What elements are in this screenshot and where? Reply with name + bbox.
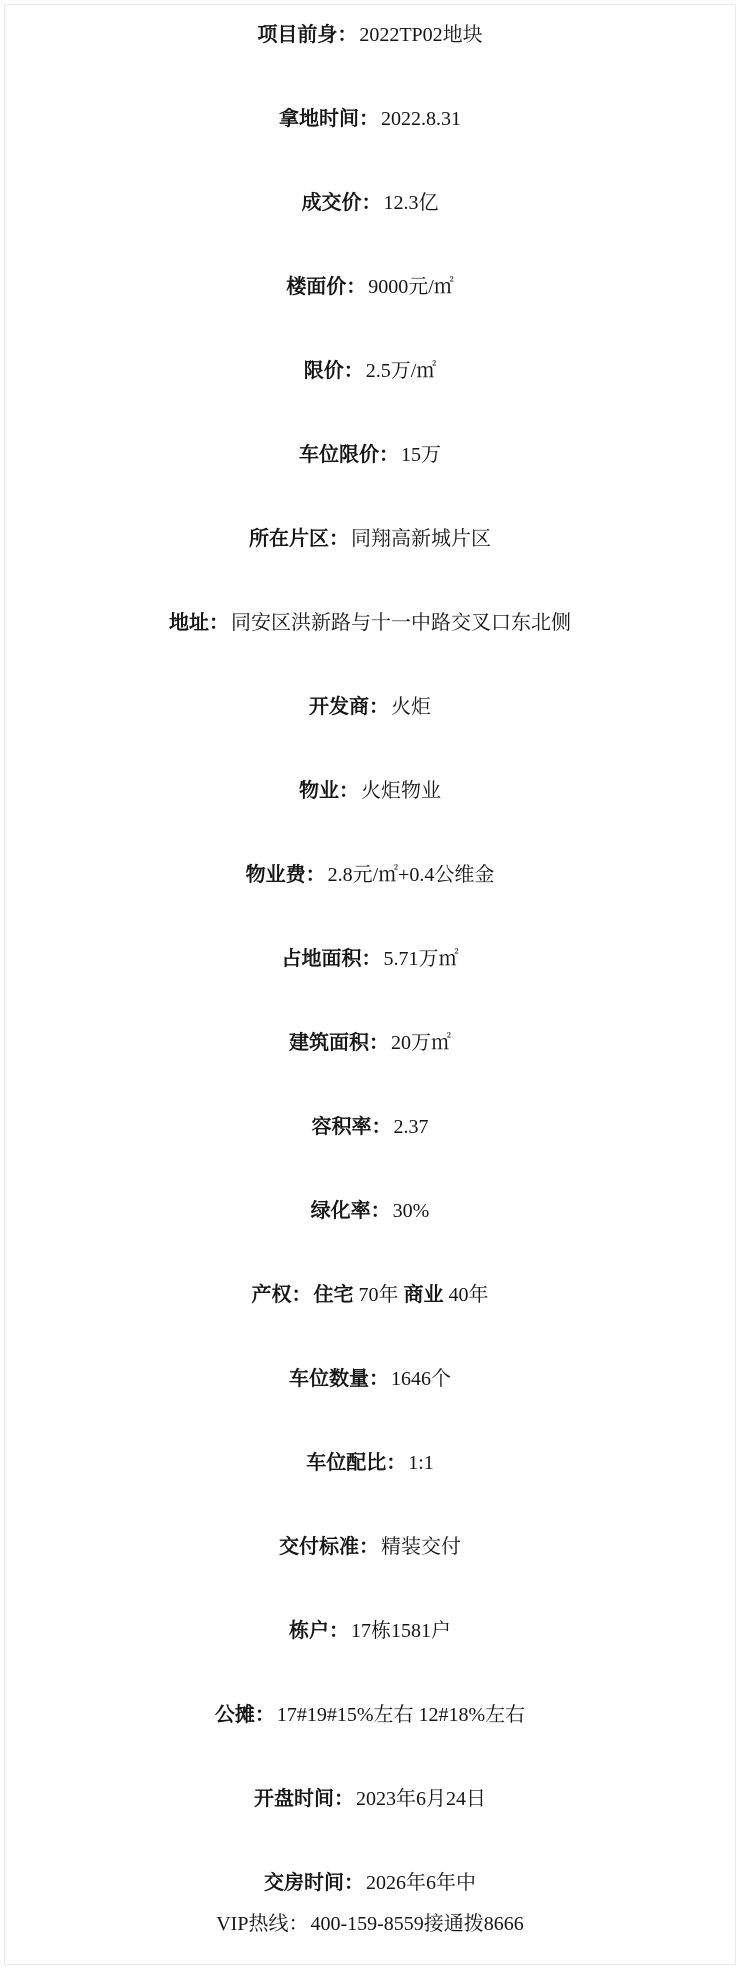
info-row: 限价：2.5万/㎡ bbox=[304, 357, 437, 385]
row-value: 9000元/㎡ bbox=[368, 276, 454, 298]
info-row: 拿地时间：2022.8.31 bbox=[279, 105, 461, 133]
row-value: 2023年6月24日 bbox=[356, 1788, 486, 1810]
row-value: 精装交付 bbox=[381, 1536, 461, 1558]
row-value: 15万 bbox=[401, 444, 441, 466]
value-emphasis: 商业 bbox=[404, 1284, 444, 1306]
info-row: 占地面积：5.71万㎡ bbox=[282, 945, 459, 973]
row-label: 物业费： bbox=[246, 864, 326, 886]
row-label: 地址： bbox=[169, 612, 229, 634]
row-label: 容积率： bbox=[312, 1116, 392, 1138]
row-label: 限价： bbox=[304, 360, 364, 382]
row-label: 楼面价： bbox=[286, 276, 366, 298]
row-value: 2026年6年中 bbox=[366, 1872, 476, 1894]
value-text: 40年 bbox=[444, 1284, 489, 1306]
info-row: 车位限价：15万 bbox=[299, 441, 441, 469]
info-row: 地址：同安区洪新路与十一中路交叉口东北侧 bbox=[169, 609, 571, 637]
row-label: VIP热线： bbox=[216, 1913, 308, 1935]
row-label: 交房时间： bbox=[264, 1872, 364, 1894]
info-row: 交房时间：2026年6年中 bbox=[264, 1869, 476, 1897]
row-value: 17#19#15%左右 12#18%左右 bbox=[277, 1704, 525, 1726]
info-row: 开盘时间：2023年6月24日 bbox=[254, 1785, 486, 1813]
row-value: 2022TP02地块 bbox=[359, 24, 482, 46]
row-value: 1646个 bbox=[391, 1368, 451, 1390]
row-label: 车位配比： bbox=[306, 1452, 406, 1474]
value-emphasis: 住宅 bbox=[314, 1284, 354, 1306]
row-label: 公摊： bbox=[215, 1704, 275, 1726]
row-label: 车位限价： bbox=[299, 444, 399, 466]
info-row: 交付标准：精装交付 bbox=[279, 1533, 461, 1561]
row-value: 2.8元/㎡+0.4公维金 bbox=[328, 864, 495, 886]
row-value: 2.5万/㎡ bbox=[366, 360, 437, 382]
info-list: 项目前身：2022TP02地块 拿地时间：2022.8.31 成交价：12.3亿… bbox=[0, 0, 740, 1938]
row-value: 2.37 bbox=[394, 1116, 429, 1138]
row-value: 火炬物业 bbox=[361, 780, 441, 802]
info-row: 车位配比：1:1 bbox=[306, 1449, 434, 1477]
info-row: 公摊：17#19#15%左右 12#18%左右 bbox=[215, 1701, 525, 1729]
row-value: 火炬 bbox=[391, 696, 431, 718]
info-row: 栋户：17栋1581户 bbox=[289, 1617, 451, 1645]
row-label: 物业： bbox=[299, 780, 359, 802]
info-row: 建筑面积：20万㎡ bbox=[289, 1029, 451, 1057]
row-value: 同安区洪新路与十一中路交叉口东北侧 bbox=[231, 612, 571, 634]
row-label: 车位数量： bbox=[289, 1368, 389, 1390]
info-row: 容积率：2.37 bbox=[312, 1113, 429, 1141]
row-label: 开盘时间： bbox=[254, 1788, 354, 1810]
info-row: VIP热线：400-159-8559接通拨8666 bbox=[216, 1910, 524, 1938]
info-row: 物业费：2.8元/㎡+0.4公维金 bbox=[246, 861, 495, 889]
row-label: 开发商： bbox=[309, 696, 389, 718]
row-label: 交付标准： bbox=[279, 1536, 379, 1558]
row-value: 同翔高新城片区 bbox=[351, 528, 491, 550]
row-value: 12.3亿 bbox=[384, 192, 439, 214]
info-row: 楼面价：9000元/㎡ bbox=[286, 273, 454, 301]
row-value: 5.71万㎡ bbox=[384, 948, 459, 970]
row-value: 30% bbox=[393, 1200, 430, 1222]
row-value: 2022.8.31 bbox=[381, 108, 461, 130]
row-label: 产权： bbox=[252, 1284, 312, 1306]
info-row: 成交价：12.3亿 bbox=[302, 189, 439, 217]
row-label: 建筑面积： bbox=[289, 1032, 389, 1054]
info-row: 物业：火炬物业 bbox=[299, 777, 441, 805]
info-row: 车位数量：1646个 bbox=[289, 1365, 451, 1393]
row-value: 1:1 bbox=[408, 1452, 434, 1474]
row-label: 拿地时间： bbox=[279, 108, 379, 130]
row-label: 成交价： bbox=[302, 192, 382, 214]
value-text: 70年 bbox=[354, 1284, 404, 1306]
info-row: 所在片区：同翔高新城片区 bbox=[249, 525, 491, 553]
row-label: 绿化率： bbox=[311, 1200, 391, 1222]
info-row: 产权：住宅 70年 商业 40年 bbox=[252, 1281, 489, 1309]
row-label: 项目前身： bbox=[257, 24, 357, 46]
info-row: 绿化率：30% bbox=[311, 1197, 430, 1225]
row-value: 400-159-8559接通拨8666 bbox=[310, 1913, 523, 1935]
row-label: 栋户： bbox=[289, 1620, 349, 1642]
row-value: 20万㎡ bbox=[391, 1032, 451, 1054]
row-value: 住宅 70年 商业 40年 bbox=[314, 1284, 489, 1306]
row-label: 占地面积： bbox=[282, 948, 382, 970]
info-row: 项目前身：2022TP02地块 bbox=[257, 21, 482, 49]
row-label: 所在片区： bbox=[249, 528, 349, 550]
info-row: 开发商：火炬 bbox=[309, 693, 431, 721]
row-value: 17栋1581户 bbox=[351, 1620, 451, 1642]
